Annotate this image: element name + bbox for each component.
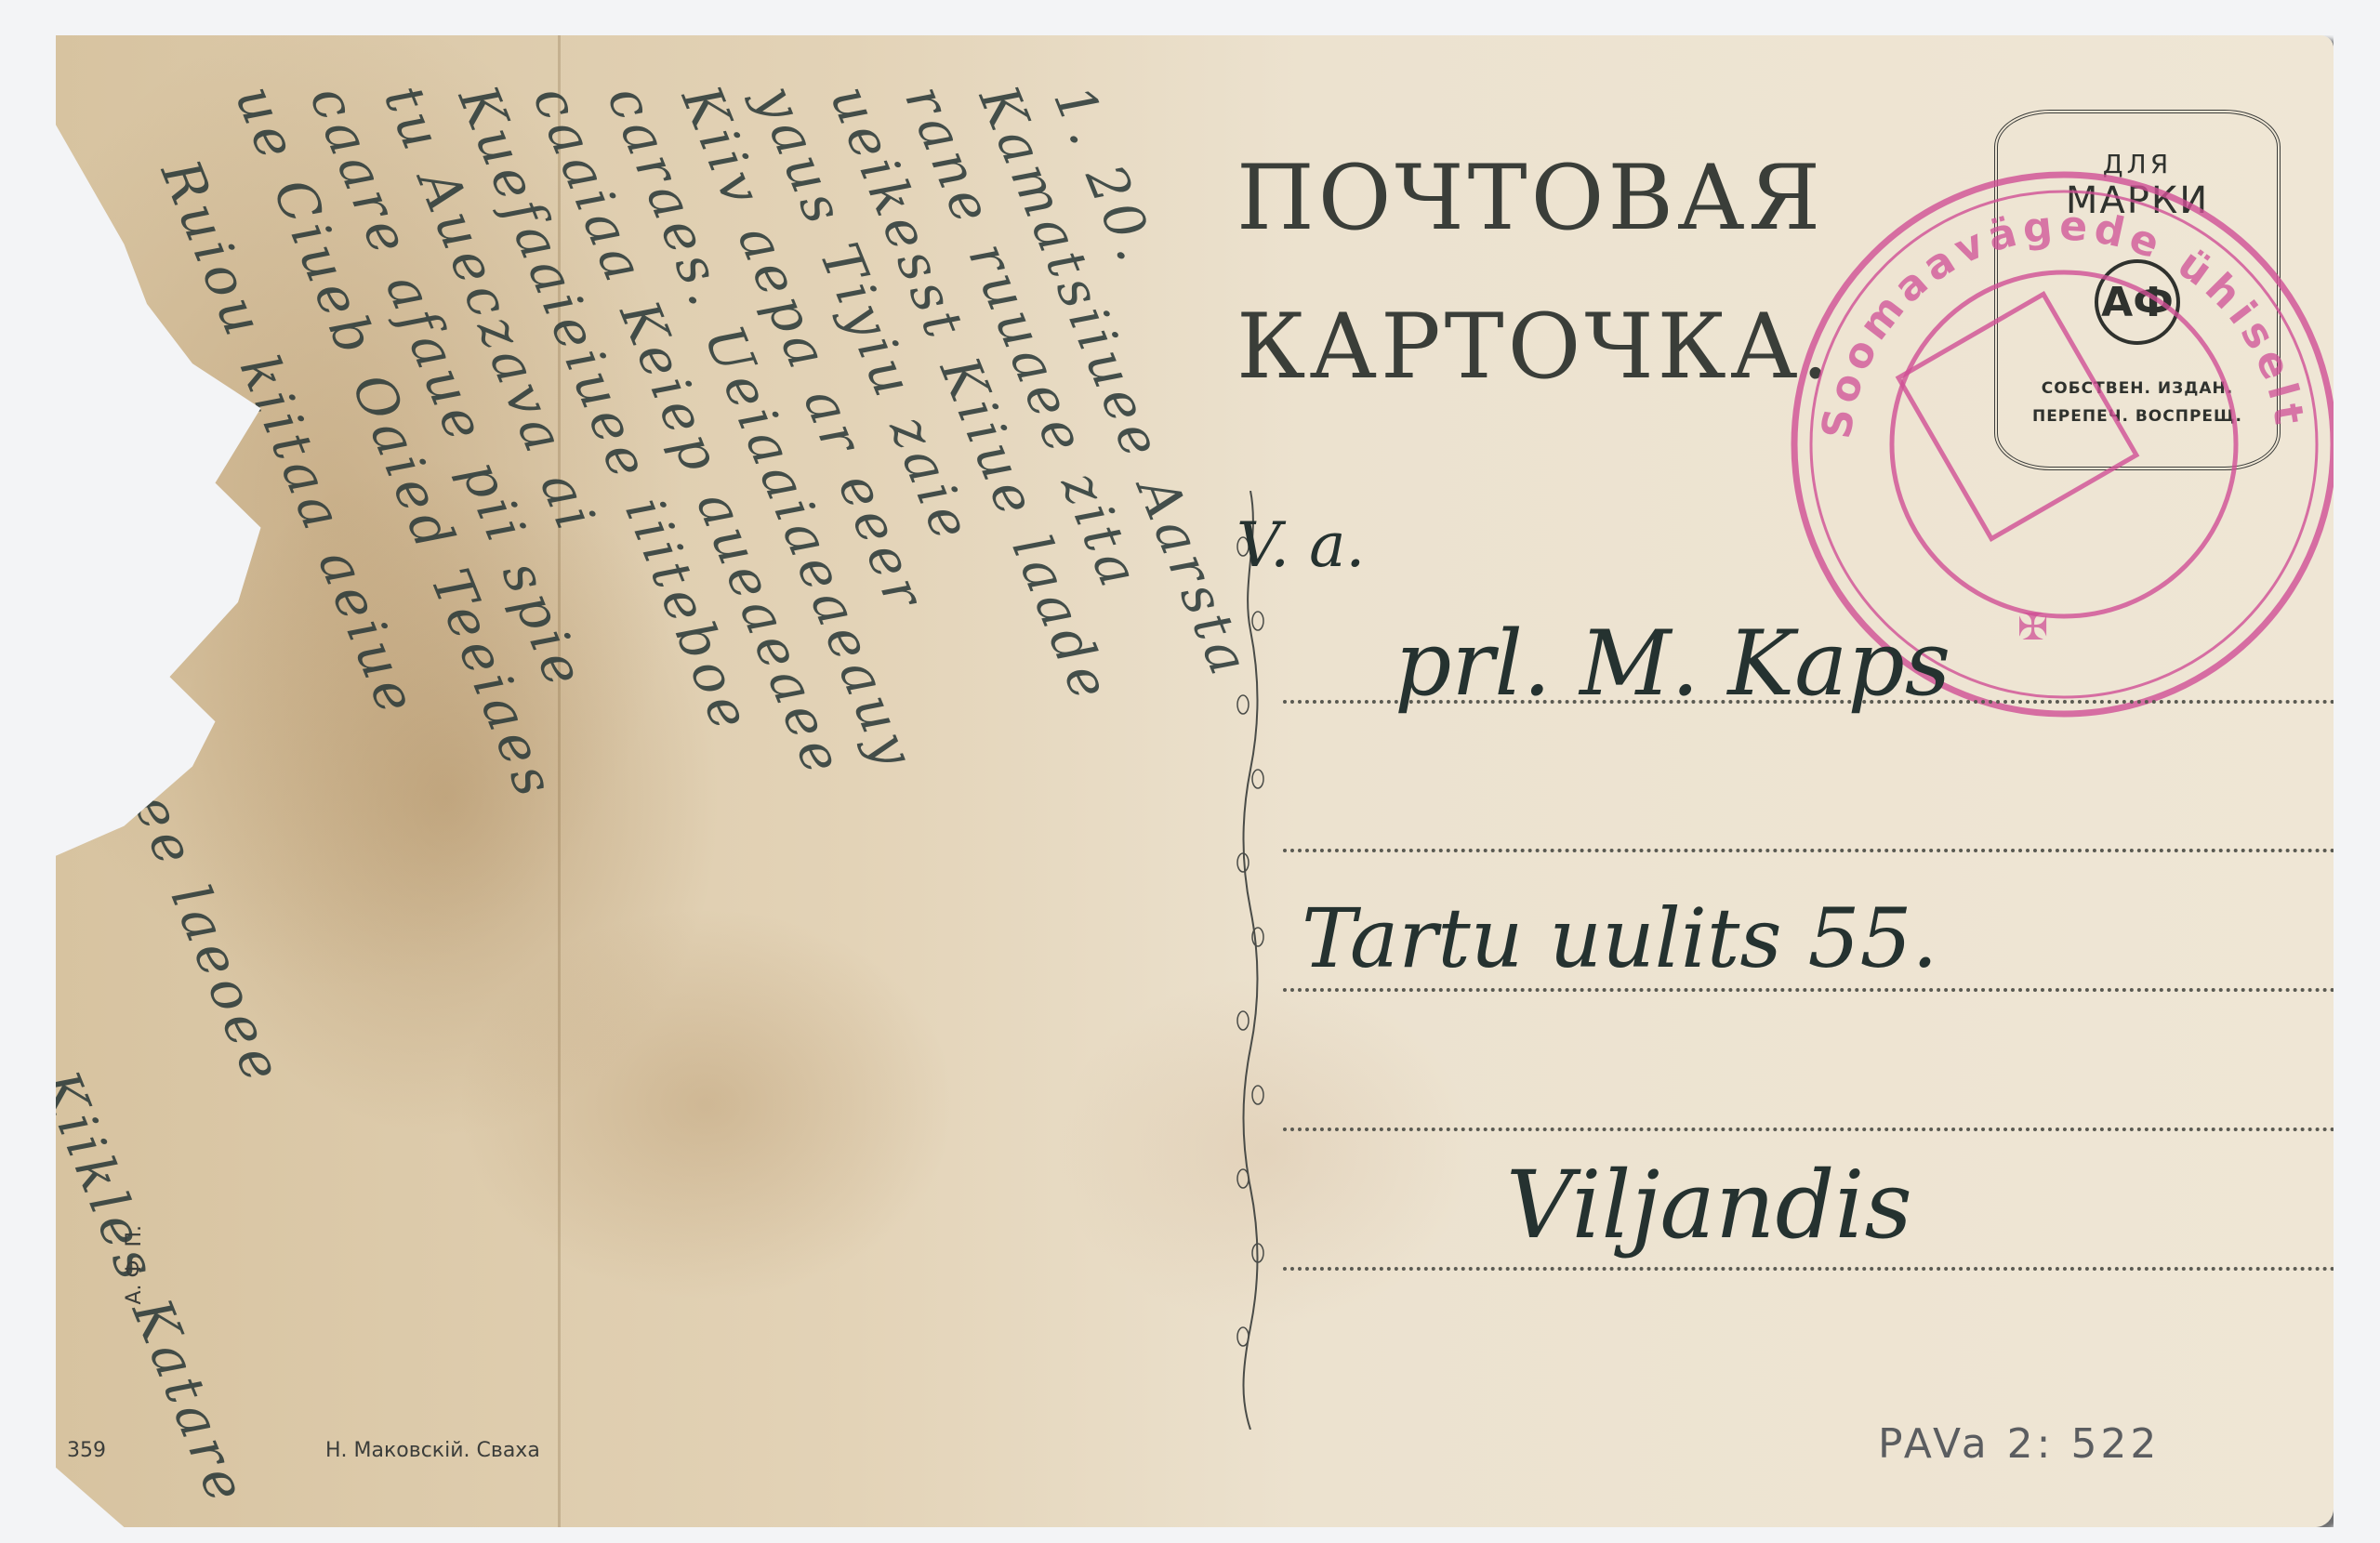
message-line: ilmee laeoee — [84, 691, 297, 1095]
publisher-note-1: СОБСТВЕН. ИЗДАН. — [1998, 375, 2277, 402]
address-street: Tartu uulits 55. — [1302, 890, 1938, 986]
publisher-monogram-icon: АФ — [2095, 259, 2180, 345]
address-line-3 — [1283, 988, 2343, 992]
title-line-1: ПОЧТОВАЯ — [1236, 124, 1833, 272]
handwritten-message: 1. 20. Kamatsiiuee Aarsta rane ruuaee zi… — [93, 63, 1171, 1457]
publisher-mark: А. Ф. П. — [123, 1225, 146, 1305]
address-city: Viljandis — [1506, 1151, 1912, 1259]
publisher-note-2: ПЕРЕПЕЧ. ВОСПРЕЩ. — [1998, 402, 2277, 430]
address-recipient: prl. M. Kaps — [1395, 612, 1950, 716]
postcard: 1. 20. Kamatsiiuee Aarsta rane ruuaee zi… — [56, 35, 2334, 1527]
address-line-2 — [1283, 849, 2343, 852]
stamp-area: ДЛЯ МАРКИ АФ СОБСТВЕН. ИЗДАН. ПЕРЕПЕЧ. В… — [1994, 110, 2281, 470]
stamp-for-label: ДЛЯ — [1998, 149, 2277, 179]
address-line-5 — [1283, 1267, 2343, 1271]
artist-caption: Н. Маковскій. Сваха — [325, 1439, 540, 1462]
title-line-2: КАРТОЧКА. — [1236, 272, 1833, 421]
address-line-4 — [1283, 1128, 2343, 1131]
vine-divider-icon — [1232, 491, 1269, 1430]
address-salutation: V. a. — [1236, 509, 1365, 581]
series-number: 359 — [67, 1439, 106, 1462]
archive-reference: PAVa 2: 522 — [1878, 1420, 2160, 1468]
card-title: ПОЧТОВАЯ КАРТОЧКА. — [1236, 124, 1833, 421]
stamp-label: МАРКИ — [1998, 179, 2277, 222]
cancellation-symbol: ✠ — [2017, 606, 2049, 649]
